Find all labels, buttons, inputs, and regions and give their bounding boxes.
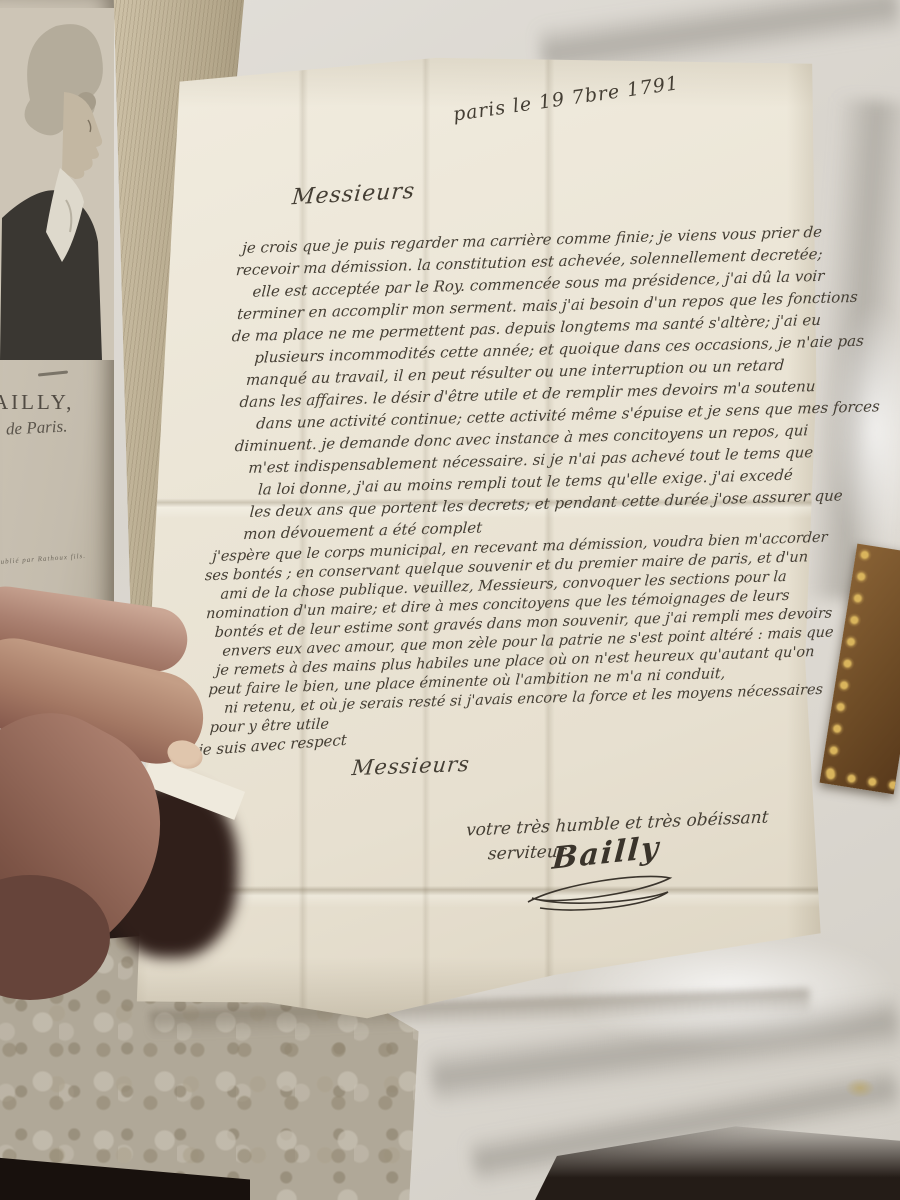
portrait-caption-title: de Paris. [6,416,68,439]
holding-hand [0,545,250,965]
scene-photo-of-letter: AILLY, de Paris. publié par Rathoux fils… [0,0,900,1200]
signature-flourish [520,868,680,920]
cloth-stain [845,1078,875,1098]
gilt-tooling-border [820,767,896,793]
letter-body-paragraph-2: j'espère que le corps municipal, en rece… [212,529,836,738]
letter-closing-address: Messieurs [351,752,471,780]
letter-body-paragraph-1: je crois que je puis regarder ma carrièr… [242,219,883,545]
portrait-caption-name: AILLY, [0,390,74,415]
